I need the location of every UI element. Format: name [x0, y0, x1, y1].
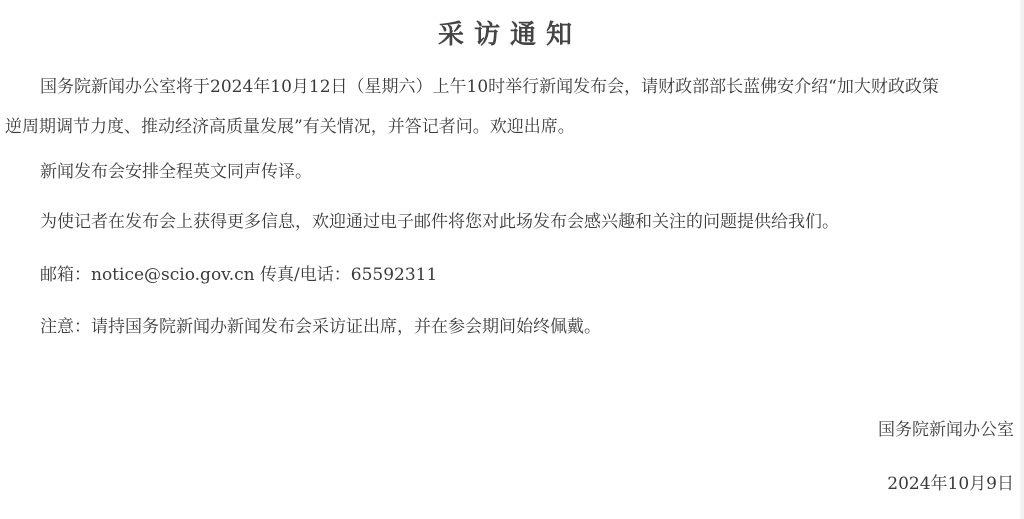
document-title: 采访通知 [0, 14, 1020, 51]
paragraph-questions: 为使记者在发布会上获得更多信息，欢迎通过电子邮件将您对此场发布会感兴趣和关注的问… [40, 210, 839, 234]
attendance-notice: 注意：请持国务院新闻办新闻发布会采访证出席，并在参会期间始终佩戴。 [40, 315, 601, 339]
signature: 国务院新闻办公室 [878, 418, 1014, 442]
paragraph-intro-line2: 逆周期调节力度、推动经济高质量发展”有关情况，并答记者问。欢迎出席。 [5, 115, 575, 139]
document-date: 2024年10月9日 [887, 472, 1014, 496]
contact-info: 邮箱：notice@scio.gov.cn 传真/电话：65592311 [40, 263, 437, 287]
paragraph-intro-line1: 国务院新闻办公室将于2024年10月12日（星期六）上午10时举行新闻发布会，请… [40, 75, 939, 99]
paragraph-interpretation: 新闻发布会安排全程英文同声传译。 [40, 160, 312, 184]
page-edge [1020, 0, 1024, 519]
